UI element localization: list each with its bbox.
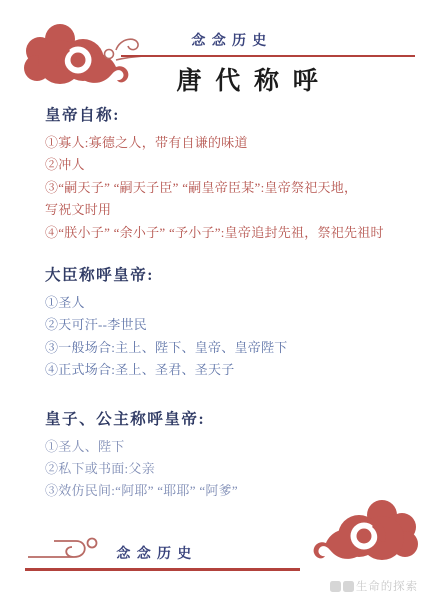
header-divider [121, 55, 415, 57]
cloud-swirl-outline-icon [24, 535, 114, 565]
brand-title-top: 念念历史 [191, 30, 272, 50]
list-item: ①寡人:寡德之人，带有自谦的味道 [45, 132, 410, 154]
list-item: ④“朕小子” “余小子” “予小子”:皇帝追封先祖，祭祀先祖时 [45, 222, 410, 244]
list-item: ③“嗣天子” “嗣天子臣” “嗣皇帝臣某”:皇帝祭祀天地， 写祝文时用 [45, 177, 410, 222]
watermark: 生命的探索 [330, 578, 418, 594]
section-princes-address-emperor: 皇子、公主称呼皇帝: ①圣人、陛下 ②私下或书面:父亲 ③效仿民间:“阿耶” “… [45, 407, 410, 503]
watermark-text: 生命的探索 [356, 578, 418, 594]
poster-page: 念念历史 唐代称呼 皇帝自称: ①寡人:寡德之人，带有自谦的味道 ②冲人 ③“嗣… [0, 0, 424, 600]
page-title: 唐代称呼 [176, 61, 331, 97]
content: 皇帝自称: ①寡人:寡德之人，带有自谦的味道 ②冲人 ③“嗣天子” “嗣天子臣”… [45, 103, 410, 503]
list-item: ①圣人 [45, 292, 410, 314]
brand-title-bottom: 念念历史 [116, 543, 197, 563]
list-item: ②私下或书面:父亲 [45, 458, 410, 480]
section-ministers-address-emperor: 大臣称呼皇帝: ①圣人 ②天可汗--李世民 ③一般场合:主上、陛下、皇帝、皇帝陛… [45, 263, 410, 382]
section-heading: 大臣称呼皇帝: [45, 263, 410, 285]
list-item: ④正式场合:圣上、圣君、圣天子 [45, 359, 410, 381]
list-item: ②天可汗--李世民 [45, 314, 410, 336]
auspicious-cloud-icon [272, 500, 422, 572]
list-item: ①圣人、陛下 [45, 436, 410, 458]
section-emperor-self-address: 皇帝自称: ①寡人:寡德之人，带有自谦的味道 ②冲人 ③“嗣天子” “嗣天子臣”… [45, 103, 410, 244]
footer-divider [25, 568, 300, 571]
auspicious-cloud-icon [20, 24, 170, 96]
watermark-logo-icon [330, 581, 341, 592]
section-heading: 皇子、公主称呼皇帝: [45, 407, 410, 429]
section-heading: 皇帝自称: [45, 103, 410, 125]
list-item: ②冲人 [45, 154, 410, 176]
watermark-logo-icon [343, 581, 354, 592]
list-item: ③一般场合:主上、陛下、皇帝、皇帝陛下 [45, 337, 410, 359]
